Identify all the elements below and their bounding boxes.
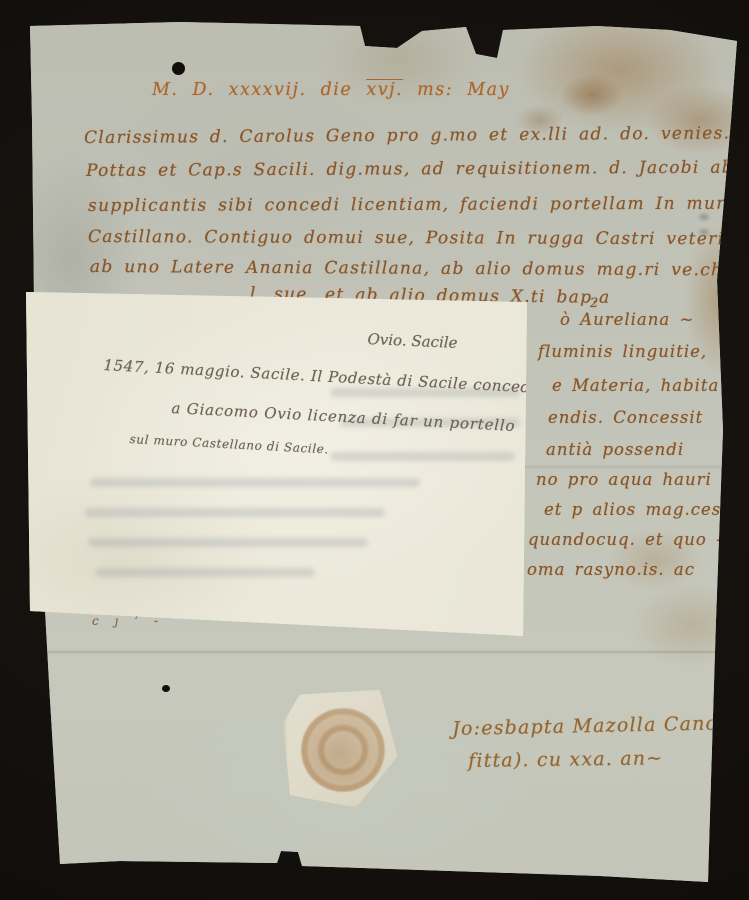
manuscript-fragment: antià possendi	[546, 440, 684, 459]
manuscript-fragment: 2	[590, 296, 599, 311]
manuscript-fragment: fluminis linguitie,	[538, 342, 707, 361]
manuscript-fragment: quandocuq. et quo -	[528, 530, 723, 549]
show-through	[90, 478, 420, 487]
parchment-hole	[172, 62, 185, 75]
parchment-hole	[162, 685, 170, 692]
show-through	[85, 508, 385, 517]
show-through	[330, 452, 515, 461]
manuscript-line: Clarissimus d. Carolus Geno pro g.mo et …	[84, 123, 749, 148]
manuscript-photo: M. D. xxxxvij. die xvj. ms: May Clarissi…	[0, 0, 749, 900]
date-heading-right: ms: May	[417, 80, 510, 100]
chancellor-signature-line2: fitta). cu xxa. an~	[468, 747, 664, 772]
chancellor-signature-line1: Jo:esbapta Mazolla Cancelli	[452, 712, 749, 740]
manuscript-fragment: e Materia, habita	[552, 376, 719, 395]
fold-crease	[34, 650, 724, 654]
slip-line2: a Giacomo Ovio licenza di far un portell…	[171, 399, 516, 435]
manuscript-line: Pottas et Cap.s Sacili. dig.mus, ad requ…	[86, 157, 749, 181]
show-through	[95, 568, 315, 577]
date-heading-overlined: xvj.	[366, 80, 403, 100]
date-heading-left: M. D. xxxxvij. die	[152, 80, 352, 100]
wax-seal-impression	[301, 708, 385, 792]
manuscript-line: Castillano. Contiguo domui sue, Posita I…	[88, 227, 734, 249]
manuscript-line: supplicantis sibi concedi licentiam, fac…	[88, 194, 737, 216]
manuscript-fragment: no pro aqua hauri -	[536, 470, 728, 489]
manuscript-line: ab uno Latere Anania Castillana, ab alio…	[90, 257, 742, 280]
manuscript-fragment: ò Aureliana ~	[560, 310, 694, 329]
manuscript-fragment: endis. Concessit	[548, 408, 703, 427]
pencil-stamp	[693, 208, 715, 242]
manuscript-fragment: et p alios mag.ces	[544, 500, 721, 519]
manuscript-fragment: oma rasyno.is. ac	[527, 560, 695, 579]
slip-archive-label: Ovio. Sacile	[367, 330, 458, 352]
slip-line3: sul muro Castellano di Sacile.	[129, 432, 329, 456]
show-through	[88, 538, 368, 547]
date-heading: M. D. xxxxvij. die xvj. ms: May	[152, 80, 510, 100]
